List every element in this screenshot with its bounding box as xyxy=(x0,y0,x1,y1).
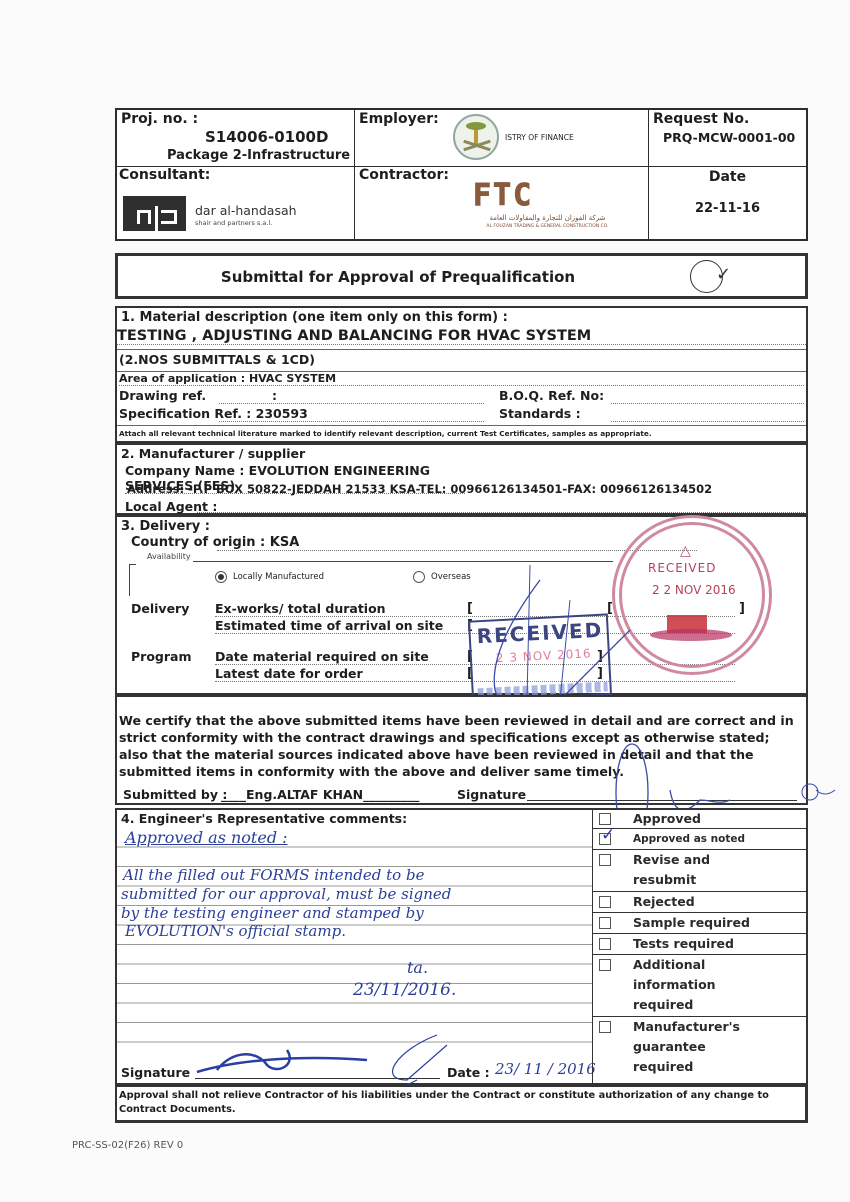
received-round-title: RECEIVED xyxy=(648,561,716,575)
attach-note: Attach all relevant technical literature… xyxy=(119,429,652,438)
drawing-ref-colon: : xyxy=(272,388,277,403)
availability-label: Availability xyxy=(147,552,191,561)
checkbox-revise-resubmit[interactable] xyxy=(599,854,611,866)
form-title: Submittal for Approval of Prequalificati… xyxy=(118,268,678,286)
status-tests-required[interactable]: Tests required xyxy=(593,934,806,955)
contractor-logo-english: AL FOUZAN TRADING & GENERAL CONSTRUCTION… xyxy=(465,224,630,229)
certification-signature-label: Signature xyxy=(457,787,526,802)
request-cell: Request No. PRQ-MCW-0001-00 xyxy=(649,110,806,167)
comment-line: submitted for our approval, must be sign… xyxy=(121,885,451,903)
comment-line: Approved as noted : xyxy=(125,828,288,847)
comment-line: All the filled out FORMS intended to be xyxy=(123,866,424,884)
comment-line: by the testing engineer and stamped by xyxy=(121,904,424,922)
comment-line: EVOLUTION's official stamp. xyxy=(125,922,346,940)
checkbox-approved[interactable] xyxy=(599,813,611,825)
option-locally-manufactured: Locally Manufactured xyxy=(233,572,324,582)
status-label: Rejected xyxy=(633,892,695,912)
checkbox-sample-required[interactable] xyxy=(599,917,611,929)
program-label: Program xyxy=(131,649,192,664)
section-engineer-comments: 4. Engineer's Representative comments: A… xyxy=(115,808,808,1085)
date-value: 22-11-16 xyxy=(649,201,806,216)
local-agent-field xyxy=(197,512,804,513)
country-of-origin: Country of origin : KSA xyxy=(131,535,299,550)
request-label: Request No. xyxy=(653,111,749,127)
header-table: Proj. no. : S14006-0100D Package 2-Infra… xyxy=(115,108,808,241)
received-round-date: 2 2 NOV 2016 xyxy=(652,583,736,597)
status-label: Tests required xyxy=(633,934,734,954)
area-of-application: Area of application : HVAC SYSTEM xyxy=(119,372,804,386)
status-label: Approved as noted xyxy=(633,829,745,849)
status-label: Sample required xyxy=(633,913,750,933)
standards-label: Standards : xyxy=(499,406,581,421)
option-overseas: Overseas xyxy=(431,572,471,582)
material-heading: 1. Material description (one item only o… xyxy=(121,310,508,325)
drawing-ref-field xyxy=(219,403,484,404)
employer-label: Employer: xyxy=(359,111,439,127)
boq-label: B.O.Q. Ref. No: xyxy=(499,388,604,403)
request-number: PRQ-MCW-0001-00 xyxy=(663,130,795,145)
check-mark-icon: ✓ xyxy=(716,264,731,285)
engineer-date-value: 23/ 11 / 2016 xyxy=(495,1060,596,1078)
delivery-label: Delivery xyxy=(131,601,189,616)
contractor-logo-arabic: شركة الفوزان للتجارة والمقاولات العامة xyxy=(465,214,630,222)
company-address: Address: -P.P BOX 50822-JEDDAH 21533 KSA… xyxy=(127,482,712,496)
comment-date: 23/11/2016. xyxy=(353,980,456,1000)
comment-lines xyxy=(117,828,592,1053)
consultant-logo-sub: shair and partners s.a.l. xyxy=(195,219,272,227)
status-revise-resubmit[interactable]: Revise and resubmit xyxy=(593,850,806,892)
status-additional-info[interactable]: Additional information required xyxy=(593,955,806,1017)
employer-cell: Employer: ISTRY OF FINANCE xyxy=(355,110,649,167)
drawing-ref-label: Drawing ref. xyxy=(119,388,206,403)
radio-locally-manufactured[interactable] xyxy=(215,571,227,583)
project-cell: Proj. no. : S14006-0100D Package 2-Infra… xyxy=(117,110,355,167)
consultant-logo-name: dar al-handasah xyxy=(195,203,297,218)
disclaimer-box: Approval shall not relieve Contractor of… xyxy=(115,1085,808,1123)
project-label: Proj. no. : xyxy=(121,111,198,127)
form-title-band: Submittal for Approval of Prequalificati… xyxy=(115,253,808,299)
status-sample-required[interactable]: Sample required xyxy=(593,913,806,934)
spec-ref: Specification Ref. : 230593 xyxy=(119,406,308,421)
material-quantity: (2.NOS SUBMITTALS & 1CD) xyxy=(119,352,315,367)
triangle-icon: △ xyxy=(680,543,691,559)
approval-status-list: Approved ✓ Approved as noted Revise and … xyxy=(592,810,806,1083)
contractor-cell: Contractor: FTC شركة الفوزان للتجارة وال… xyxy=(355,167,649,239)
date-label: Date xyxy=(649,169,806,185)
checkbox-manufacturer-guarantee[interactable] xyxy=(599,1021,611,1033)
status-approved[interactable]: Approved xyxy=(593,810,806,829)
status-manufacturer-guarantee[interactable]: Manufacturer's guarantee required xyxy=(593,1017,806,1083)
material-description: TESTING , ADJUSTING AND BALANCING FOR HV… xyxy=(117,328,806,345)
consultant-label: Consultant: xyxy=(119,167,210,183)
status-label: Manufacturer's guarantee required xyxy=(633,1017,753,1077)
checkbox-rejected[interactable] xyxy=(599,896,611,908)
project-number: S14006-0100D xyxy=(205,128,328,146)
contractor-label: Contractor: xyxy=(359,167,449,183)
engineer-comments-heading: 4. Engineer's Representative comments: xyxy=(121,811,407,826)
standards-field xyxy=(611,421,804,422)
radio-overseas[interactable] xyxy=(413,571,425,583)
status-label: Approved xyxy=(633,809,701,829)
checkbox-tests-required[interactable] xyxy=(599,938,611,950)
boq-field xyxy=(611,403,804,404)
delivery-heading: 3. Delivery : xyxy=(121,519,210,534)
status-label: Revise and resubmit xyxy=(633,850,743,890)
manufacturer-heading: 2. Manufacturer / supplier xyxy=(121,446,305,461)
date-cell: Date 22-11-16 xyxy=(649,167,806,239)
consultant-cell: Consultant: dar al-handasah shair and pa… xyxy=(117,167,355,239)
submitted-by-name: ____Eng.ALTAF KHAN_________ xyxy=(221,787,419,802)
form-code: PRC-SS-02(F26) REV 0 xyxy=(72,1140,183,1151)
ftc-logo-icon: FTC xyxy=(473,181,621,211)
disclaimer-text: Approval shall not relieve Contractor of… xyxy=(119,1089,799,1117)
comment-initials: ta. xyxy=(407,958,428,977)
section-material: 1. Material description (one item only o… xyxy=(115,306,808,443)
dar-logo-icon xyxy=(123,196,186,231)
checkbox-additional-info[interactable] xyxy=(599,959,611,971)
status-rejected[interactable]: Rejected xyxy=(593,892,806,913)
status-label: Additional information required xyxy=(633,955,733,1015)
project-package: Package 2-Infrastructure xyxy=(167,148,350,163)
status-approved-as-noted[interactable]: ✓ Approved as noted xyxy=(593,829,806,850)
section-manufacturer: 2. Manufacturer / supplier Company Name … xyxy=(115,443,808,515)
checkmark-icon: ✓ xyxy=(601,825,615,845)
engineer-signature xyxy=(177,1030,477,1090)
submitted-by-label: Submitted by : xyxy=(123,787,227,802)
employer-logo-text: ISTRY OF FINANCE xyxy=(505,133,574,142)
ministry-emblem-icon xyxy=(453,114,499,160)
